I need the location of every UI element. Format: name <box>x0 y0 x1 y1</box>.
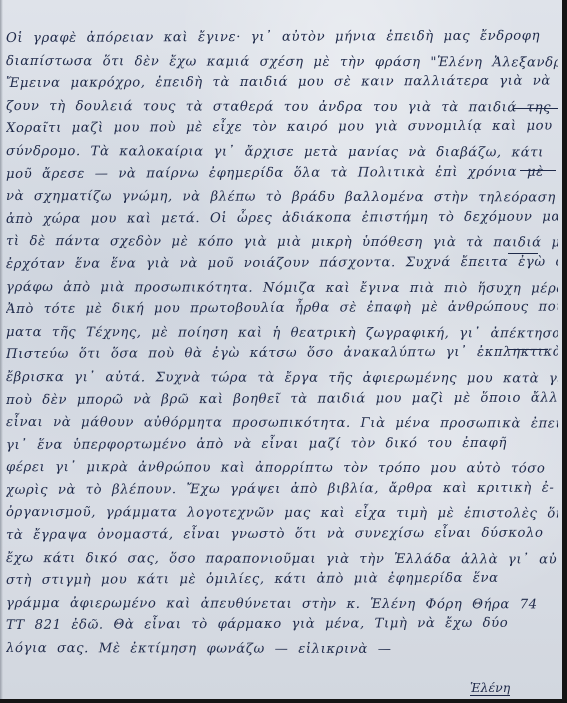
text-line: Οἱ γραφὲ ἀπόρειαν καὶ ἔγινε· γι᾿ αὐτὸν μ… <box>6 26 558 51</box>
paper-left-edge-shadow <box>0 0 3 699</box>
text-line: Χοραῖτι μαζὶ μου ποὺ μὲ εἶχε τὸν καιρό μ… <box>6 116 558 141</box>
text-line: ἀπὸ χώρα μου καὶ μετά. Οἱ ὧρες ἀδιάκοπα … <box>6 206 558 231</box>
text-line: μοῦ ἄρεσε — νὰ παίρνω ἐφημερίδα ὅλα τὰ Π… <box>6 161 558 186</box>
signature: Ἑλένη <box>470 681 510 696</box>
text-line: στὴ στιγμὴ μου κάτι μὲ ὁμιλίες, κάτι ἀπὸ… <box>6 568 558 593</box>
text-line: Πιστεύω ὅτι ὅσα ποὺ θὰ ἐγὼ κάτσω ὅσο ἀνα… <box>6 342 558 367</box>
text-line: ἐρχόταν ἕνα ἕνα γιὰ νὰ μοῦ νοιάζουν πάσχ… <box>6 252 558 277</box>
text-line: τὰ ἔγραψα ὀνομαστά, εἶναι γνωστὸ ὅτι νὰ … <box>6 523 558 548</box>
margin-underline-stroke <box>514 108 558 109</box>
text-line: Ἔμεινα μακρόχρο, ἐπειδὴ τὰ παιδιά μου σὲ… <box>6 71 558 96</box>
text-line: γι᾿ ἕνα ὑπερφορτωμένο ἀπὸ νὰ εἶναι μαζί … <box>6 432 558 457</box>
letter-paper: Οἱ γραφὲ ἀπόρειαν καὶ ἔγινε· γι᾿ αὐτὸν μ… <box>0 0 562 699</box>
text-line: Ἀπὸ τότε μὲ δική μου πρωτοβουλία ἦρθα σὲ… <box>6 297 558 322</box>
scan-border-bottom <box>0 699 567 703</box>
margin-underline-stroke <box>508 253 538 254</box>
text-line: ΤΤ 821 ἐδῶ. Θὰ εἶναι τὸ φάρμακο γιὰ μένα… <box>6 613 558 638</box>
text-line: χωρὶς νὰ τὸ βλέπουν. Ἔχω γράψει ἀπὸ βιβλ… <box>6 477 558 502</box>
handwritten-text-body: Οἱ γραφὲ ἀπόρειαν καὶ ἔγινε· γι᾿ αὐτὸν μ… <box>6 28 558 661</box>
margin-underline-stroke <box>508 349 548 350</box>
text-line: λόγια σας. Μὲ ἐκτίμηση φωνάζω — εἰλικριν… <box>6 638 558 662</box>
margin-underline-stroke <box>520 170 556 171</box>
text-line: ποὺ δὲν μπορῶ νὰ βρῶ καὶ βοηθεῖ τὰ παιδι… <box>6 387 558 412</box>
scan-border-right <box>562 0 567 703</box>
